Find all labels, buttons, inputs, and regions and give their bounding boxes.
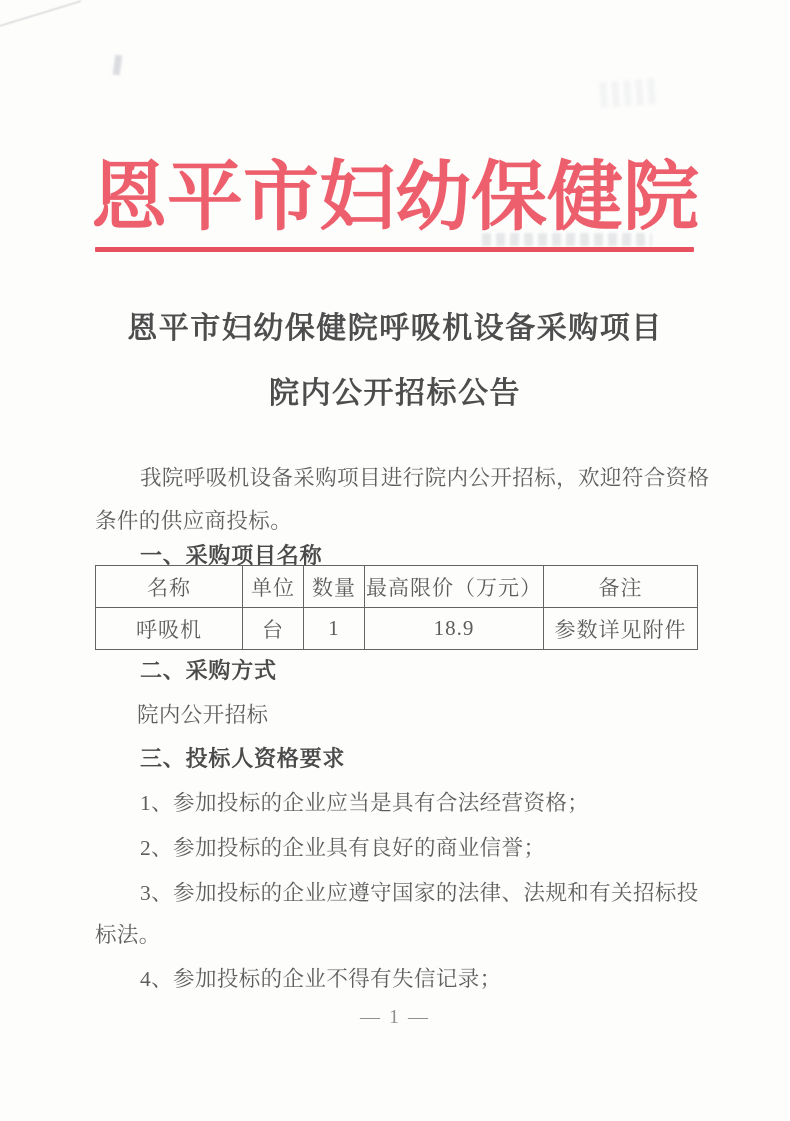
- scan-smudge-artifact: [113, 55, 123, 76]
- table-cell-max-price: 18.9: [365, 608, 544, 650]
- scan-ghost-artifact: [599, 78, 661, 108]
- table-cell-unit: 台: [243, 608, 304, 650]
- bidder-requirement-item1: 1、参加投标的企业应当是具有合法经营资格；: [140, 786, 589, 817]
- bidder-requirement-item4: 4、参加投标的企业不得有失信记录；: [140, 962, 502, 993]
- letterhead-org-name: 恩平市妇幼保健院: [0, 136, 790, 245]
- table-cell-quantity: 1: [304, 608, 365, 650]
- scanned-document-page: 恩平市妇幼保健院 恩平市妇幼保健院呼吸机设备采购项目 院内公开招标公告 我院呼吸…: [0, 0, 790, 1121]
- document-title-line2: 院内公开招标公告: [0, 368, 790, 412]
- table-cell-name: 呼吸机: [96, 608, 243, 650]
- intro-paragraph-line1: 我院呼吸机设备采购项目进行院内公开招标，欢迎符合资格: [140, 461, 709, 492]
- section2-body: 院内公开招标: [137, 698, 268, 729]
- table-header-max-price: 最高限价（万元）: [365, 566, 544, 608]
- bidder-requirement-item3-line1: 3、参加投标的企业应遵守国家的法律、法规和有关招标投: [140, 876, 699, 907]
- bidder-requirement-item3-line2: 标法。: [95, 918, 161, 949]
- table-cell-remarks: 参数详见附件: [544, 608, 698, 650]
- section3-heading: 三、投标人资格要求: [140, 742, 345, 773]
- intro-paragraph-line2: 条件的供应商投标。: [95, 504, 292, 535]
- page-number: — 1 —: [0, 1006, 790, 1029]
- bidder-requirement-item2: 2、参加投标的企业具有良好的商业信誉；: [140, 831, 545, 862]
- procurement-item-table: 名称 单位 数量 最高限价（万元） 备注 呼吸机 台 1 18.9 参数详见附件: [95, 565, 698, 650]
- section2-heading: 二、采购方式: [140, 654, 277, 685]
- letterhead-underline: [95, 247, 694, 252]
- table-header-name: 名称: [96, 566, 243, 608]
- table-header-quantity: 数量: [304, 566, 365, 608]
- scan-crease-artifact: [0, 0, 81, 30]
- table-header-row: 名称 单位 数量 最高限价（万元） 备注: [96, 566, 698, 608]
- table-header-remarks: 备注: [544, 566, 698, 608]
- table-header-unit: 单位: [243, 566, 304, 608]
- document-title-line1: 恩平市妇幼保健院呼吸机设备采购项目: [0, 303, 790, 347]
- table-row: 呼吸机 台 1 18.9 参数详见附件: [96, 608, 698, 650]
